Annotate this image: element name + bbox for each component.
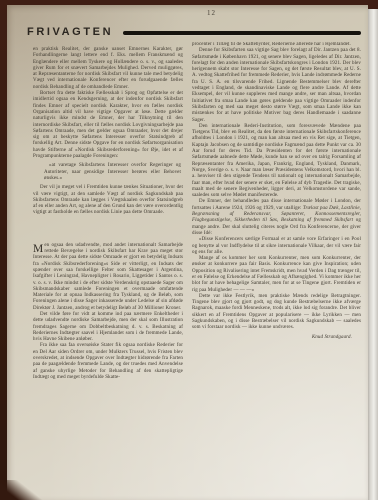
paragraph: Denne for Skibsfarten saa vigtige Sag bl…: [192, 48, 361, 124]
paragraph: Fra ikke saa faa oversøiske Stater fik o…: [33, 343, 183, 381]
text-columns: en praktisk Realitet, der ganske uanset …: [33, 42, 361, 496]
page-number: 12: [207, 9, 216, 17]
article-header: FRIVAGTEN: [27, 26, 361, 38]
paragraph: »Disse Konferencers særlige Formaal er a…: [192, 237, 361, 256]
paragraph: »at varetage Skibsfartens Interesser ove…: [44, 163, 181, 182]
paragraph: Den internationale Rederi-Institution, s…: [192, 124, 361, 200]
dropcap: M: [33, 243, 44, 254]
paragraph: Bortset fra dette faktiske Fællesskab i …: [33, 91, 183, 160]
paragraph: en praktisk Realitet, der ganske uanset …: [33, 47, 183, 91]
paragraph: Men ogsaa den udadvendte, mod andet inte…: [33, 243, 183, 312]
author-signature: Knud Strandgaard.: [192, 335, 361, 341]
paragraph: Det vilde føre for vidt at komme ind paa…: [33, 312, 183, 343]
photo-corner-shadow: [0, 480, 46, 500]
header-rule: [123, 31, 361, 35]
paragraph: Mange af os kommer her som Konkurrenter,…: [192, 256, 361, 294]
paragraph: Der vil jo meget vel i Fremtiden kunne t…: [33, 185, 183, 216]
right-column: procenter i Tillæg til de Skattebyrder, …: [192, 42, 361, 496]
magazine-page: 12 FRIVAGTEN en praktisk Realitet, der g…: [7, 5, 368, 500]
masthead-title: FRIVAGTEN: [27, 26, 113, 38]
left-column: en praktisk Realitet, der ganske uanset …: [33, 47, 183, 496]
paragraph: De Emner, der behandledes paa disse inte…: [192, 199, 361, 237]
paragraph: Dette var ikke Festlyrik, men praktiske …: [192, 294, 361, 332]
scanned-page-photo: 12 FRIVAGTEN en praktisk Realitet, der g…: [0, 0, 378, 500]
